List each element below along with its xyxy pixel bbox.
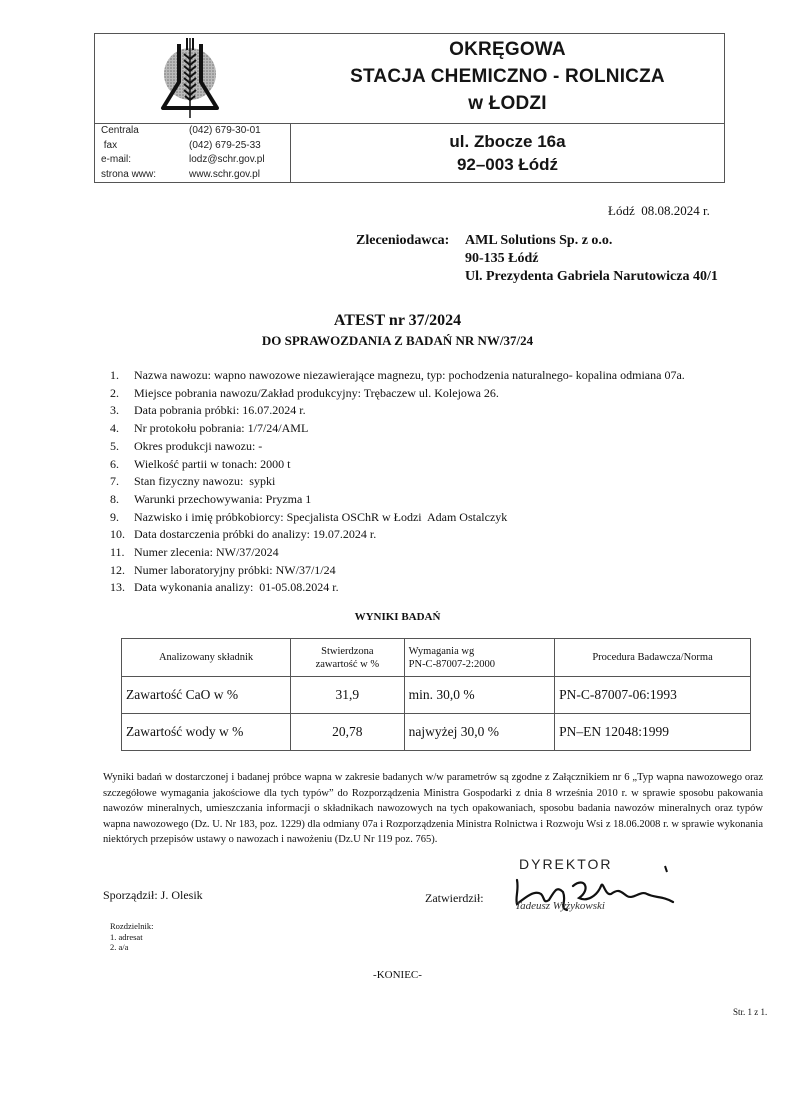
sample-details-list: 1.Nazwa nawozu: wapno nawozowe niezawier… — [110, 367, 685, 597]
item-number: 7. — [110, 473, 134, 491]
stamp-name: Tadeusz Wyżykowski — [515, 900, 605, 912]
distribution-item: 1. adresat — [110, 932, 153, 943]
item-number: 3. — [110, 402, 134, 420]
cell-requirement: min. 30,0 % — [404, 677, 554, 714]
item-number: 10. — [110, 526, 134, 544]
document-subtitle: DO SPRAWOZDANIA Z BADAŃ NR NW/37/24 — [0, 333, 795, 349]
item-number: 2. — [110, 385, 134, 403]
contact-label: strona www: — [95, 168, 189, 183]
institution-name: OKRĘGOWA STACJA CHEMICZNO - ROLNICZA w Ł… — [291, 34, 724, 123]
website-link[interactable]: www.schr.gov.pl — [189, 168, 260, 183]
item-text: Warunki przechowywania: Pryzma 1 — [134, 491, 311, 509]
results-table: Analizowany składnik Stwierdzonazawartoś… — [121, 638, 751, 751]
item-number: 6. — [110, 456, 134, 474]
item-text: Nazwisko i imię próbkobiorcy: Specjalist… — [134, 509, 507, 527]
contact-fax: fax (042) 679-25-33 — [95, 139, 290, 154]
cell-found: 20,78 — [291, 714, 405, 751]
header-requirement: Wymagania wgPN-C-87007-2:2000 — [404, 639, 554, 677]
cell-component: Zawartość wody w % — [122, 714, 291, 751]
contact-label: fax — [95, 139, 189, 154]
header-component: Analizowany składnik — [122, 639, 291, 677]
distribution-label: Rozdzielnik: — [110, 921, 153, 932]
item-text: Okres produkcji nawozu: - — [134, 438, 262, 456]
letterhead: OKRĘGOWA STACJA CHEMICZNO - ROLNICZA w Ł… — [94, 33, 725, 183]
cell-procedure: PN–EN 12048:1999 — [555, 714, 751, 751]
contact-label: Centrala — [95, 124, 189, 139]
item-text: Numer laboratoryjny próbki: NW/37/1/24 — [134, 562, 336, 580]
list-item: 6.Wielkość partii w tonach: 2000 t — [110, 456, 685, 474]
contact-phone: Centrala (042) 679-30-01 — [95, 124, 290, 139]
list-item: 3.Data pobrania próbki: 16.07.2024 r. — [110, 402, 685, 420]
results-heading: WYNIKI BADAŃ — [0, 611, 795, 623]
item-number: 5. — [110, 438, 134, 456]
client-label: Zleceniodawca: — [356, 232, 465, 250]
item-text: Nr protokołu pobrania: 1/7/24/AML — [134, 420, 308, 438]
document-date: Łódź 08.08.2024 r. — [608, 203, 710, 219]
item-number: 11. — [110, 544, 134, 562]
page-number: Str. 1 z 1. — [733, 1007, 767, 1017]
header-req-line-2: PN-C-87007-2:2000 — [409, 659, 495, 670]
table-header-row: Analizowany składnik Stwierdzonazawartoś… — [122, 639, 751, 677]
list-item: 8.Warunki przechowywania: Pryzma 1 — [110, 491, 685, 509]
client-street: Ul. Prezydenta Gabriela Narutowicza 40/1 — [356, 268, 718, 286]
address-street: ul. Zbocze 16a — [291, 130, 724, 153]
header-found-line-1: Stwierdzona — [321, 646, 374, 657]
distribution-item: 2. a/a — [110, 942, 153, 953]
institution-line-1: OKRĘGOWA — [291, 36, 724, 63]
list-item: 7.Stan fizyczny nawozu: sypki — [110, 473, 685, 491]
item-number: 1. — [110, 367, 134, 385]
item-number: 9. — [110, 509, 134, 527]
contact-website: strona www: www.schr.gov.pl — [95, 168, 290, 183]
address-city: 92–003 Łódź — [291, 153, 724, 176]
cell-found: 31,9 — [291, 677, 405, 714]
cell-component: Zawartość CaO w % — [122, 677, 291, 714]
institution-address: ul. Zbocze 16a 92–003 Łódź — [291, 124, 724, 176]
document-title: ATEST nr 37/2024 — [0, 312, 795, 330]
list-item: 4.Nr protokołu pobrania: 1/7/24/AML — [110, 420, 685, 438]
list-item: 5.Okres produkcji nawozu: - — [110, 438, 685, 456]
list-item: 12.Numer laboratoryjny próbki: NW/37/1/2… — [110, 562, 685, 580]
item-text: Nazwa nawozu: wapno nawozowe niezawieraj… — [134, 367, 685, 385]
institution-line-2: STACJA CHEMICZNO - ROLNICZA — [291, 63, 724, 90]
header-found-line-2: zawartość w % — [316, 659, 380, 670]
item-number: 12. — [110, 562, 134, 580]
item-text: Numer zlecenia: NW/37/2024 — [134, 544, 279, 562]
approved-by-label: Zatwierdził: — [425, 891, 484, 906]
client-block: Zleceniodawca:AML Solutions Sp. z o.o. 9… — [356, 232, 718, 286]
item-number: 4. — [110, 420, 134, 438]
prepared-by: Sporządził: J. Olesik — [103, 888, 203, 903]
header-procedure: Procedura Badawcza/Norma — [555, 639, 751, 677]
item-text: Stan fizyczny nawozu: sypki — [134, 473, 275, 491]
list-item: 1.Nazwa nawozu: wapno nawozowe niezawier… — [110, 367, 685, 385]
item-text: Data pobrania próbki: 16.07.2024 r. — [134, 402, 306, 420]
header-req-line-1: Wymagania wg — [409, 646, 475, 657]
wheat-flask-logo-icon — [95, 34, 291, 123]
contact-value: (042) 679-30-01 — [189, 124, 261, 139]
director-signature-stamp: DYREKTOR Tadeusz Wyżykowski — [507, 856, 682, 916]
contact-value: (042) 679-25-33 — [189, 139, 261, 154]
list-item: 2.Miejsce pobrania nawozu/Zakład produkc… — [110, 385, 685, 403]
logo-cell — [95, 34, 291, 123]
list-item: 13.Data wykonania analizy: 01-05.08.2024… — [110, 579, 685, 597]
conformity-statement: Wyniki badań w dostarczonej i badanej pr… — [103, 770, 763, 848]
item-text: Wielkość partii w tonach: 2000 t — [134, 456, 290, 474]
email-link[interactable]: lodz@schr.gov.pl — [189, 153, 265, 168]
table-row: Zawartość CaO w % 31,9 min. 30,0 % PN-C-… — [122, 677, 751, 714]
institution-line-3: w ŁODZI — [291, 90, 724, 117]
cell-requirement: najwyżej 30,0 % — [404, 714, 554, 751]
item-text: Data wykonania analizy: 01-05.08.2024 r. — [134, 579, 339, 597]
item-number: 8. — [110, 491, 134, 509]
item-text: Data dostarczenia próbki do analizy: 19.… — [134, 526, 376, 544]
header-found: Stwierdzonazawartość w % — [291, 639, 405, 677]
contact-label: e-mail: — [95, 153, 189, 168]
client-postal: 90-135 Łódź — [356, 250, 718, 268]
item-number: 13. — [110, 579, 134, 597]
item-text: Miejsce pobrania nawozu/Zakład produkcyj… — [134, 385, 499, 403]
client-name: AML Solutions Sp. z o.o. — [465, 233, 612, 248]
end-marker: -KONIEC- — [0, 969, 795, 981]
contact-block: Centrala (042) 679-30-01 fax (042) 679-2… — [95, 124, 290, 182]
table-row: Zawartość wody w % 20,78 najwyżej 30,0 %… — [122, 714, 751, 751]
list-item: 9.Nazwisko i imię próbkobiorcy: Specjali… — [110, 509, 685, 527]
distribution-list: Rozdzielnik: 1. adresat 2. a/a — [110, 921, 153, 953]
list-item: 11.Numer zlecenia: NW/37/2024 — [110, 544, 685, 562]
list-item: 10.Data dostarczenia próbki do analizy: … — [110, 526, 685, 544]
cell-procedure: PN-C-87007-06:1993 — [555, 677, 751, 714]
contact-email: e-mail: lodz@schr.gov.pl — [95, 153, 290, 168]
